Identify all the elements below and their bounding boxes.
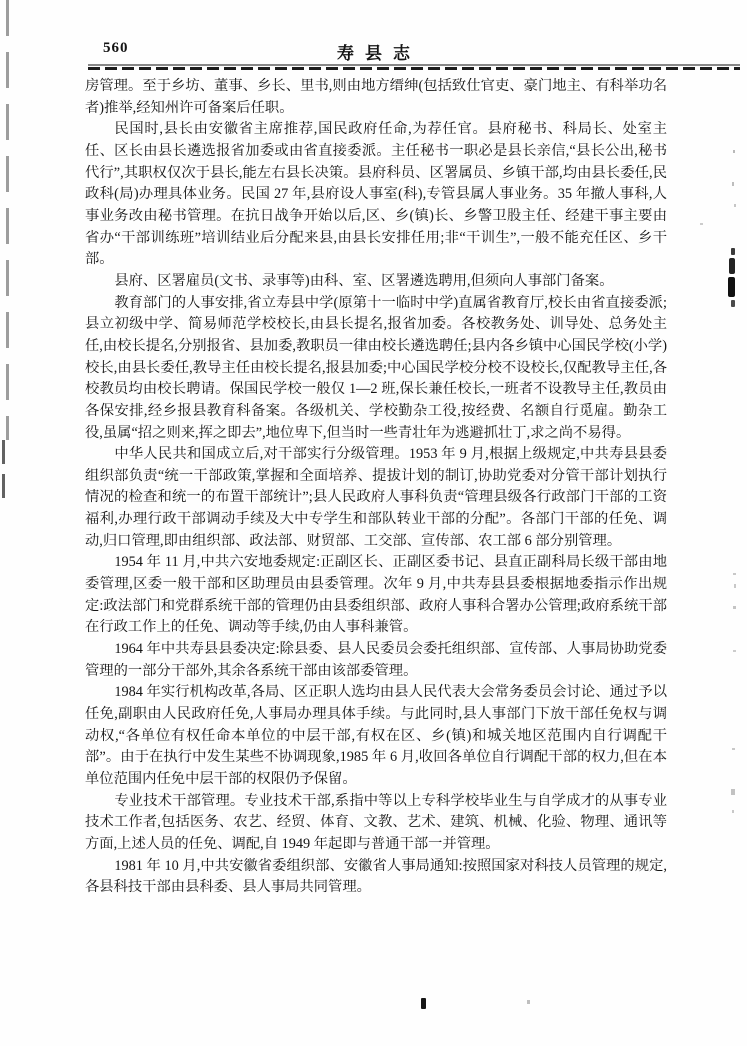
paragraph: 中华人民共和国成立后,对干部实行分级管理。1953 年 9 月,根据上级规定,中…	[85, 444, 667, 552]
right-edge-smudge	[733, 573, 736, 575]
right-edge-smudge	[734, 584, 736, 588]
right-edge-smudge	[731, 300, 735, 307]
book-title: 寿县志	[0, 39, 747, 64]
right-edge-smudge	[700, 223, 703, 225]
paragraph: 县府、区署雇员(文书、录事等)由科、室、区署遴选聘用,但须向人事部门备案。	[85, 271, 667, 293]
paragraph: 1984 年实行机构改革,各局、区正职人选均由县人民代表大会常务委员会讨论、通过…	[85, 682, 667, 790]
right-edge-smudge	[734, 204, 736, 207]
bottom-ink-mark	[527, 1000, 530, 1004]
header-rule-dashed-line	[88, 67, 740, 70]
header-rule-solid-line	[88, 64, 740, 66]
right-edge-smudge	[733, 606, 736, 609]
paragraph: 教育部门的人事安排,省立寿县中学(原第十一临时中学)直属省教育厅,校长由省直接委…	[85, 293, 667, 445]
paragraph: 1954 年 11 月,中共六安地委规定:正副区长、正副区委书记、县直正副科局长…	[85, 552, 667, 639]
left-edge-binding-marks	[2, 440, 5, 502]
scanned-page: 560 寿县志 房管理。至于乡坊、董事、乡长、里书,则由地方缙绅(包括致仕官吏、…	[0, 0, 747, 1046]
paragraph: 民国时,县长由安徽省主席推荐,国民政府任命,为荐任官。县府秘书、科局长、处室主任…	[85, 119, 667, 271]
paragraph: 1981 年 10 月,中共安徽省委组织部、安徽省人事局通知:按照国家对科技人员…	[85, 856, 667, 899]
paragraph: 1964 年中共寿县县委决定:除县委、县人民委员会委托组织部、宣传部、人事局协助…	[85, 639, 667, 682]
right-edge-smudge	[732, 748, 735, 750]
right-edge-smudge	[728, 277, 735, 297]
right-edge-smudge	[733, 650, 736, 652]
right-edge-smudge	[731, 789, 735, 795]
page-body: 房管理。至于乡坊、董事、乡长、里书,则由地方缙绅(包括致仕官吏、豪门地主、有科举…	[85, 76, 667, 899]
right-edge-smudge	[731, 248, 735, 255]
right-edge-smudge	[732, 182, 734, 186]
header-rule	[88, 64, 740, 70]
bottom-ink-mark	[421, 998, 426, 1009]
right-edge-smudge	[732, 810, 734, 813]
right-edge-smudge	[733, 150, 735, 153]
paragraph: 专业技术干部管理。专业技术干部,系指中等以上专科学校毕业生与自学成才的从事专业技…	[85, 791, 667, 856]
paragraph: 房管理。至于乡坊、董事、乡长、里书,则由地方缙绅(包括致仕官吏、豪门地主、有科举…	[85, 76, 667, 119]
right-edge-smudge	[729, 258, 735, 274]
left-edge-binding-marks	[6, 0, 9, 440]
